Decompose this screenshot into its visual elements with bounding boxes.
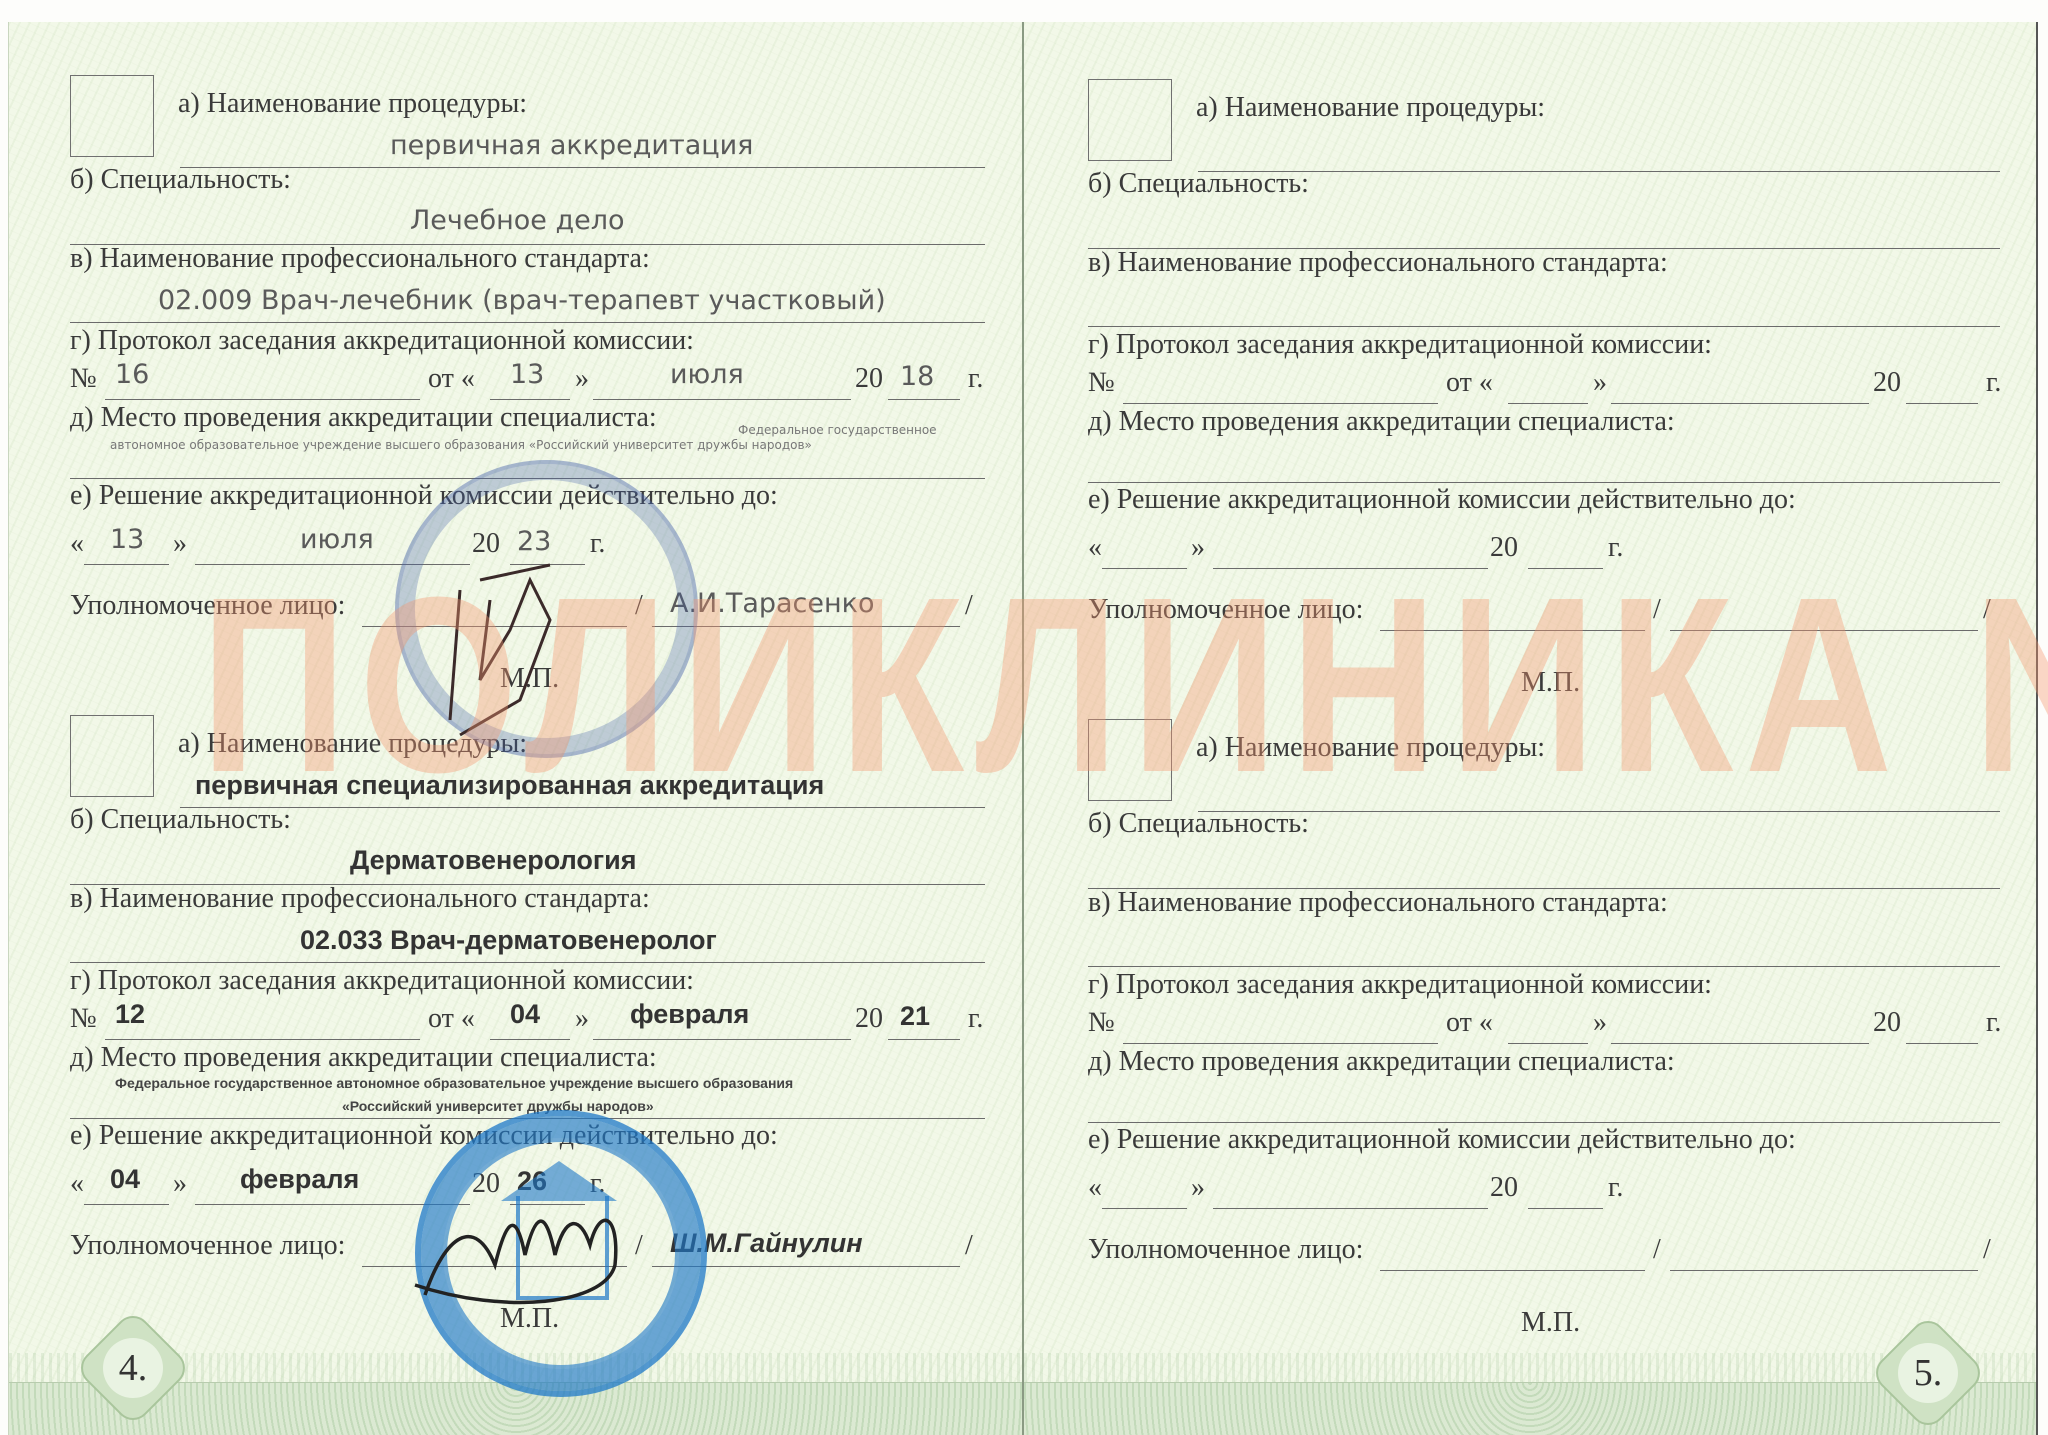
valid-day-underline <box>1102 568 1187 569</box>
entry-checkbox[interactable] <box>1088 79 1172 161</box>
protocol-number-underline <box>1123 403 1438 404</box>
place-label: д) Место проведения аккредитации специал… <box>1088 1046 1675 1078</box>
protocol-number-underline <box>105 1039 420 1040</box>
protocol-year[interactable]: 18 <box>900 361 934 392</box>
year-suffix: г. <box>968 363 983 395</box>
number-sign: № <box>1088 367 1115 399</box>
valid-day-underline <box>1102 1208 1187 1209</box>
procedure-underline <box>180 807 985 808</box>
close-quote: » <box>173 1168 187 1200</box>
slash: / <box>1653 1234 1661 1266</box>
standard-label: в) Наименование профессионального станда… <box>1088 887 1668 919</box>
authorized-name[interactable]: А.И.Тарасенко <box>670 588 875 619</box>
protocol-number-underline <box>1123 1043 1438 1044</box>
authorized-label: Уполномоченное лицо: <box>70 1230 345 1262</box>
protocol-number[interactable]: 12 <box>115 999 145 1030</box>
standard-underline <box>70 962 985 963</box>
procedure-underline <box>1198 811 2000 812</box>
slash: / <box>1653 594 1661 626</box>
signature-underline <box>1380 1270 1645 1271</box>
year-suffix: г. <box>1986 1007 2001 1039</box>
specialty-value[interactable]: Дерматовенерология <box>350 845 637 876</box>
protocol-year-underline <box>888 1039 960 1040</box>
open-quote: « <box>1088 532 1102 564</box>
specialty-label: б) Специальность: <box>1088 168 1309 200</box>
valid-month-underline <box>1213 568 1488 569</box>
valid-day-underline <box>84 564 169 565</box>
seal-placeholder: М.П. <box>1521 1307 1580 1339</box>
place-value-line2[interactable]: автономное образовательное учреждение вы… <box>110 438 812 452</box>
decision-label: е) Решение аккредитационной комиссии дей… <box>70 1120 778 1152</box>
protocol-day[interactable]: 13 <box>510 359 544 390</box>
authorized-name-underline <box>652 626 960 627</box>
year-suffix: г. <box>590 528 605 560</box>
authorized-name-underline <box>1670 1270 1978 1271</box>
number-sign: № <box>70 363 97 395</box>
close-quote: » <box>575 363 589 395</box>
place-underline <box>70 478 985 479</box>
valid-year-underline <box>1528 568 1603 569</box>
from-open-quote: от « <box>1446 367 1493 399</box>
protocol-day-underline <box>1508 1043 1588 1044</box>
protocol-month-underline <box>1611 1043 1869 1044</box>
number-sign: № <box>1088 1007 1115 1039</box>
procedure-label: а) Наименование процедуры: <box>1196 92 1545 124</box>
from-open-quote: от « <box>428 1003 475 1035</box>
from-open-quote: от « <box>1446 1007 1493 1039</box>
century: 20 <box>1873 1007 1901 1039</box>
protocol-day-underline <box>490 399 570 400</box>
authorized-label: Уполномоченное лицо: <box>1088 594 1363 626</box>
page-number-5: 5. <box>1880 1325 1976 1421</box>
place-value-line2[interactable]: «Российский университет дружбы народов» <box>342 1098 654 1114</box>
close-quote: » <box>1191 1172 1205 1204</box>
protocol-month[interactable]: февраля <box>630 999 749 1030</box>
specialty-label: б) Специальность: <box>70 804 291 836</box>
protocol-number[interactable]: 16 <box>115 359 149 390</box>
place-underline <box>1088 1122 2000 1123</box>
slash: / <box>635 1230 643 1262</box>
slash: / <box>965 1230 973 1262</box>
protocol-year-underline <box>1906 403 1978 404</box>
protocol-year-underline <box>1906 1043 1978 1044</box>
slash: / <box>1983 594 1991 626</box>
valid-year-underline <box>510 1204 585 1205</box>
protocol-number-underline <box>105 399 420 400</box>
specialty-label: б) Специальность: <box>70 164 291 196</box>
protocol-month[interactable]: июля <box>670 359 744 390</box>
procedure-label: а) Наименование процедуры: <box>1196 732 1545 764</box>
century: 20 <box>472 1168 500 1200</box>
place-label: д) Место проведения аккредитации специал… <box>1088 406 1675 438</box>
close-quote: » <box>173 528 187 560</box>
close-quote: » <box>575 1003 589 1035</box>
entry-checkbox[interactable] <box>70 75 154 157</box>
procedure-underline <box>1198 171 2000 172</box>
valid-month-underline <box>195 564 470 565</box>
valid-month[interactable]: февраля <box>240 1164 359 1195</box>
close-quote: » <box>1593 1007 1607 1039</box>
century: 20 <box>1490 1172 1518 1204</box>
protocol-label: г) Протокол заседания аккредитационной к… <box>70 965 694 997</box>
standard-label: в) Наименование профессионального станда… <box>1088 247 1668 279</box>
valid-year[interactable]: 23 <box>517 526 551 557</box>
place-underline <box>1088 482 2000 483</box>
year-suffix: г. <box>590 1168 605 1200</box>
open-quote: « <box>70 1168 84 1200</box>
protocol-month-underline <box>1611 403 1869 404</box>
protocol-year[interactable]: 21 <box>900 1001 930 1032</box>
place-label: д) Место проведения аккредитации специал… <box>70 402 657 434</box>
from-open-quote: от « <box>428 363 475 395</box>
protocol-month-underline <box>593 1039 851 1040</box>
close-quote: » <box>1191 532 1205 564</box>
page-number-4: 4. <box>85 1320 181 1416</box>
signature-underline <box>362 626 627 627</box>
decision-label: е) Решение аккредитационной комиссии дей… <box>70 480 778 512</box>
year-suffix: г. <box>1608 532 1623 564</box>
year-suffix: г. <box>1986 367 2001 399</box>
procedure-value[interactable]: первичная аккредитация <box>390 130 753 161</box>
procedure-underline <box>180 167 985 168</box>
seal-placeholder: М.П. <box>1521 667 1580 699</box>
signature-underline <box>1380 630 1645 631</box>
protocol-day[interactable]: 04 <box>510 999 540 1030</box>
protocol-month-underline <box>593 399 851 400</box>
open-quote: « <box>1088 1172 1102 1204</box>
protocol-day-underline <box>1508 403 1588 404</box>
century: 20 <box>472 528 500 560</box>
protocol-label: г) Протокол заседания аккредитационной к… <box>70 325 694 357</box>
place-underline <box>70 1118 985 1119</box>
valid-year-underline <box>1528 1208 1603 1209</box>
authorized-label: Уполномоченное лицо: <box>1088 1234 1363 1266</box>
authorized-name-underline <box>1670 630 1978 631</box>
close-quote: » <box>1593 367 1607 399</box>
specialty-label: б) Специальность: <box>1088 808 1309 840</box>
decision-label: е) Решение аккредитационной комиссии дей… <box>1088 1124 1796 1156</box>
century: 20 <box>1490 532 1518 564</box>
standard-underline <box>70 322 985 323</box>
entry-checkbox[interactable] <box>1088 719 1172 801</box>
specialty-value[interactable]: Лечебное дело <box>410 205 625 236</box>
standard-underline <box>1088 326 2000 327</box>
signature-underline <box>362 1266 627 1267</box>
year-suffix: г. <box>1608 1172 1623 1204</box>
valid-day[interactable]: 13 <box>110 524 144 555</box>
century: 20 <box>1873 367 1901 399</box>
valid-month-underline <box>1213 1208 1488 1209</box>
seal-placeholder: М.П. <box>500 663 559 695</box>
year-suffix: г. <box>968 1003 983 1035</box>
slash: / <box>635 590 643 622</box>
valid-day-underline <box>84 1204 169 1205</box>
standard-underline <box>1088 966 2000 967</box>
authorized-name[interactable]: Ш.М.Гайнулин <box>670 1228 863 1259</box>
standard-value[interactable]: 02.033 Врач-дерматовенеролог <box>300 925 717 956</box>
entry-checkbox[interactable] <box>70 715 154 797</box>
valid-day[interactable]: 04 <box>110 1164 140 1195</box>
page-fold <box>1022 22 1024 1435</box>
standard-label: в) Наименование профессионального станда… <box>70 243 650 275</box>
place-value-line1[interactable]: Федеральное государственное автономное о… <box>115 1075 793 1091</box>
century: 20 <box>855 363 883 395</box>
seal-placeholder: М.П. <box>500 1303 559 1335</box>
valid-month[interactable]: июля <box>300 524 374 555</box>
valid-year[interactable]: 26 <box>517 1166 547 1197</box>
page-5 <box>1024 22 2038 1435</box>
century: 20 <box>855 1003 883 1035</box>
place-value-line1[interactable]: Федеральное государственное <box>738 423 937 437</box>
procedure-label: а) Наименование процедуры: <box>178 728 527 760</box>
slash: / <box>965 590 973 622</box>
standard-label: в) Наименование профессионального станда… <box>70 883 650 915</box>
place-label: д) Место проведения аккредитации специал… <box>70 1042 657 1074</box>
authorized-name-underline <box>652 1266 960 1267</box>
decision-label: е) Решение аккредитационной комиссии дей… <box>1088 484 1796 516</box>
valid-month-underline <box>195 1204 470 1205</box>
number-sign: № <box>70 1003 97 1035</box>
authorized-label: Уполномоченное лицо: <box>70 590 345 622</box>
procedure-label: а) Наименование процедуры: <box>178 88 527 120</box>
valid-year-underline <box>510 564 585 565</box>
protocol-label: г) Протокол заседания аккредитационной к… <box>1088 969 1712 1001</box>
protocol-year-underline <box>888 399 960 400</box>
standard-value[interactable]: 02.009 Врач-лечебник (врач-терапевт учас… <box>158 285 886 316</box>
protocol-day-underline <box>490 1039 570 1040</box>
open-quote: « <box>70 528 84 560</box>
procedure-value[interactable]: первичная специализированная аккредитаци… <box>195 770 824 801</box>
slash: / <box>1983 1234 1991 1266</box>
protocol-label: г) Протокол заседания аккредитационной к… <box>1088 329 1712 361</box>
